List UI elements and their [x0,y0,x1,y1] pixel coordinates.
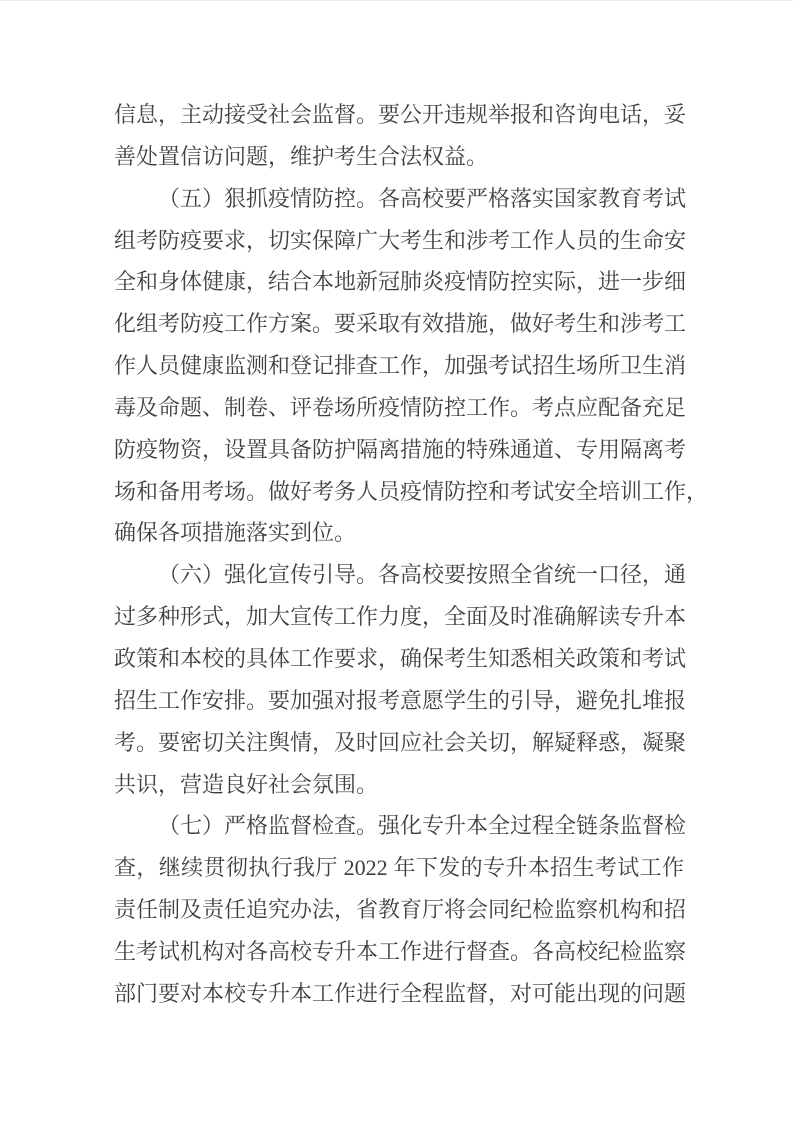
paragraph: （六）强化宣传引导。各高校要按照全省统一口径，通过多种形式，加大宣传工作力度，全… [114,554,684,805]
paragraph: （五）狠抓疫情防控。各高校要严格落实国家教育考试组考防疫要求，切实保障广大考生和… [114,178,684,555]
text-line: 毒及命题、制卷、评卷场所疫情防控工作。考点应配备充足 [114,387,684,429]
text-line: 信息，主动接受社会监督。要公开违规举报和咨询电话，妥 [114,94,684,136]
text-line: （六）强化宣传引导。各高校要按照全省统一口径，通 [114,554,684,596]
text-line: 化组考防疫工作方案。要采取有效措施，做好考生和涉考工 [114,303,684,345]
document-page: 信息，主动接受社会监督。要公开违规举报和咨询电话，妥善处置信访问题，维护考生合法… [0,0,793,1122]
text-line: 防疫物资，设置具备防护隔离措施的特殊通道、专用隔离考 [114,429,684,471]
text-line: 善处置信访问题，维护考生合法权益。 [114,136,684,178]
text-line: 组考防疫要求，切实保障广大考生和涉考工作人员的生命安 [114,220,684,262]
text-line: 生考试机构对各高校专升本工作进行督查。各高校纪检监察 [114,931,684,973]
document-body: 信息，主动接受社会监督。要公开违规举报和咨询电话，妥善处置信访问题，维护考生合法… [114,94,684,1015]
text-line: 部门要对本校专升本工作进行全程监督，对可能出现的问题 [114,973,684,1015]
paragraph: （七）严格监督检查。强化专升本全过程全链条监督检查，继续贯彻执行我厅 2022 … [114,805,684,1014]
text-line: 责任制及责任追究办法，省教育厅将会同纪检监察机构和招 [114,889,684,931]
text-line: 场和备用考场。做好考务人员疫情防控和考试安全培训工作， [114,471,684,513]
text-line: 全和身体健康，结合本地新冠肺炎疫情防控实际，进一步细 [114,261,684,303]
text-line: （七）严格监督检查。强化专升本全过程全链条监督检 [114,805,684,847]
paragraph: 信息，主动接受社会监督。要公开违规举报和咨询电话，妥善处置信访问题，维护考生合法… [114,94,684,178]
text-line: 招生工作安排。要加强对报考意愿学生的引导，避免扎堆报 [114,680,684,722]
text-line: 考。要密切关注舆情，及时回应社会关切，解疑释惑，凝聚 [114,722,684,764]
text-line: 政策和本校的具体工作要求，确保考生知悉相关政策和考试 [114,638,684,680]
text-line: 查，继续贯彻执行我厅 2022 年下发的专升本招生考试工作 [114,847,684,889]
text-line: 作人员健康监测和登记排查工作，加强考试招生场所卫生消 [114,345,684,387]
text-line: 过多种形式，加大宣传工作力度，全面及时准确解读专升本 [114,596,684,638]
text-line: 确保各项措施落实到位。 [114,512,684,554]
text-line: 共识，营造良好社会氛围。 [114,764,684,806]
text-line: （五）狠抓疫情防控。各高校要严格落实国家教育考试 [114,178,684,220]
